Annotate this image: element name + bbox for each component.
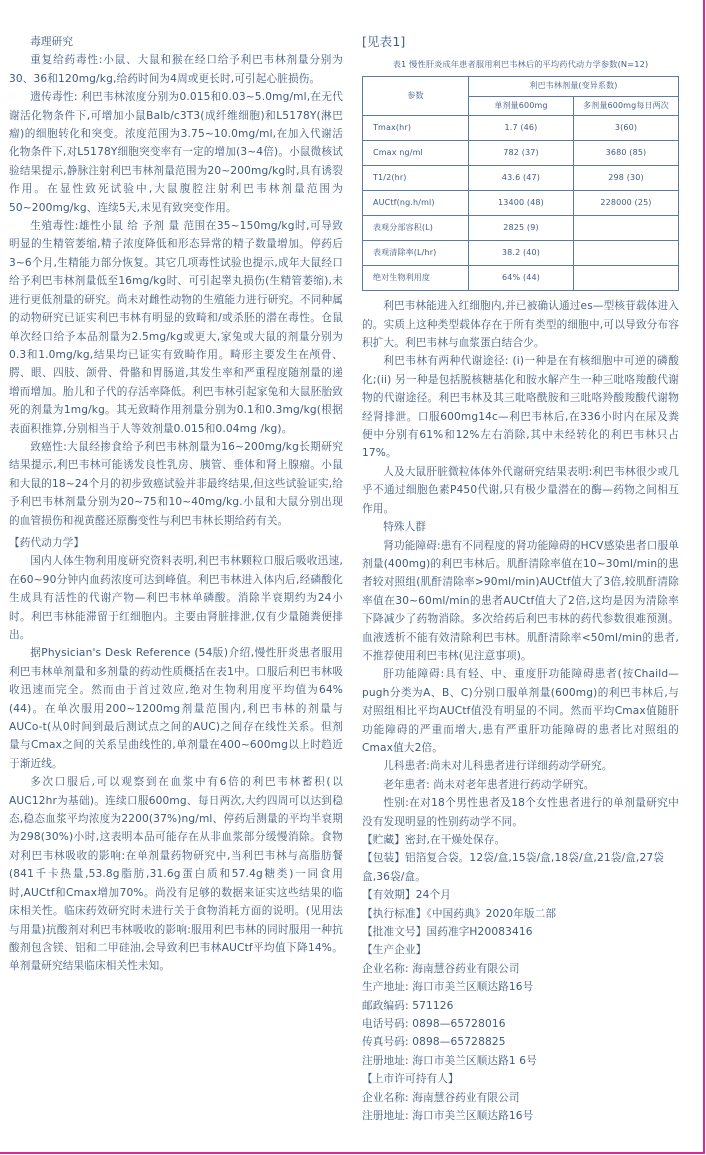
single-dose-cell: 13400 (48) [469,191,574,216]
package-line: 【包装】铝箔复合袋。12袋/盒,15袋/盒,18袋/盒,21袋/盒,27袋盒,3… [362,849,679,886]
right-column: [见表1] 表1 慢性肝炎成年患者服用利巴韦林后的平均药代动力学参数(N=12)… [362,33,679,1126]
param-cell: Tmax(hr) [363,116,469,141]
multi-dose-cell [574,241,679,266]
single-dose-cell: 38.2 (40) [469,241,574,266]
see-table-label: [见表1] [362,33,679,51]
table-row: 绝对生物利用度 64% (44) [363,266,679,291]
multi-dose-cell: 228000 (25) [574,191,679,216]
table-caption: 表1 慢性肝炎成年患者服用利巴韦林后的平均药代动力学参数(N=12) [362,55,679,73]
table-row: T1/2(hr) 43.6 (47) 298 (30) [363,166,679,191]
manufacturer-title: 【生产企业】 [362,941,679,959]
toxicology-title: 毒理研究 [9,33,343,51]
hepatic-impairment-paragraph: 肝功能障碍:具有轻、中、重度肝功能障碍患者(按Chaild—pugh分类为A、B… [362,665,679,757]
repeat-dose-toxicity-paragraph: 重复给药毒性:小鼠、大鼠和猴在经口给予利巴韦林剂量分别为30、36和120mg/… [9,51,343,88]
standard-line: 【执行标准】《中国药典》2020年版二部 [362,905,679,923]
postcode-line: 邮政编码: 571126 [362,997,679,1015]
table-row: 表观分部容积(L) 2825 (9) [363,216,679,241]
pk-paragraph-1: 国内人体生物利用度研究资料表明,利巴韦林颗粒口服后吸收迅速,在60~90分钟内血… [9,552,343,644]
holder-title: 【上市许可持有人】 [362,1070,679,1088]
distribution-paragraph: 利巴韦林能进入红细胞内,并已被确认通过es—型核苷载体进入的。实质上这种类型载体… [362,297,679,352]
param-cell: 绝对生物利用度 [363,266,469,291]
multi-dose-cell [574,266,679,291]
header-param: 参数 [363,77,469,116]
single-dose-cell: 43.6 (47) [469,166,574,191]
geriatric-paragraph: 老年患者: 尚未对老年患者进行药动学研究。 [362,776,679,794]
approval-number-line: 【批准文号】国药准字H20083416 [362,923,679,941]
left-column: 毒理研究 重复给药毒性:小鼠、大鼠和猴在经口给予利巴韦林剂量分别为30、36和1… [9,33,343,976]
param-cell: 表观分部容积(L) [363,216,469,241]
single-dose-cell: 1.7 (46) [469,116,574,141]
genetic-toxicity-paragraph: 遗传毒性: 利巴韦林浓度分别为0.015和0.03~5.0mg/ml,在无代谢活… [9,88,343,217]
holder-address: 注册地址: 海口市美兰区顺达路16号 [362,1107,679,1125]
header-single-dose: 单剂量600mg [469,96,574,115]
multi-dose-cell [574,216,679,241]
pk-paragraph-3: 多次口服后,可以观察到在血浆中有6倍的利巴韦林蓄积(以AUC12hr为基础)。连… [9,773,343,975]
manufacturer-name: 企业名称: 海南慧谷药业有限公司 [362,960,679,978]
pharmacokinetics-title: 【药代动力学】 [9,534,343,552]
fax-line: 传真号码: 0898—65728825 [362,1033,679,1051]
phone-line: 电话号码: 0898—65728016 [362,1015,679,1033]
single-dose-cell: 64% (44) [469,266,574,291]
holder-name: 企业名称: 海南慧谷药业有限公司 [362,1089,679,1107]
gender-paragraph: 性别:在对18个男性患者及18个女性患者进行的单剂量研究中没有发现明显的性别药动… [362,794,679,831]
storage-line: 【贮藏】密封,在干燥处保存。 [362,831,679,849]
renal-impairment-paragraph: 肾功能障碍:患有不同程度的肾功能障碍的HCV感染患者口服单剂量(400mg)的利… [362,537,679,666]
multi-dose-cell: 3680 (85) [574,141,679,166]
carcinogenicity-paragraph: 致癌性:大鼠经掺食给予利巴韦林剂量为16~200mg/kg长期研究结果提示,利巴… [9,438,343,530]
pk-paragraph-2: 据Physician's Desk Reference (54版)介绍,慢性肝炎… [9,644,343,773]
table-row: Tmax(hr) 1.7 (46) 3(60) [363,116,679,141]
microsome-paragraph: 人及大鼠肝脏微粒体体外代谢研究结果表明:利巴韦林很少或几乎不通过细胞色素P450… [362,463,679,518]
param-cell: T1/2(hr) [363,166,469,191]
single-dose-cell: 2825 (9) [469,216,574,241]
table-row: Cmax ng/ml 782 (37) 3680 (85) [363,141,679,166]
pediatric-paragraph: 儿科患者:尚未对儿科患者进行详细药动学研究。 [362,757,679,775]
multi-dose-cell: 298 (30) [574,166,679,191]
header-dose-group: 利巴韦林剂量(变异系数) [469,77,679,96]
header-multi-dose: 多剂量600mg每日两次 [574,96,679,115]
special-populations-title: 特殊人群 [362,518,679,536]
registered-address-line: 注册地址: 海口市美兰区顺达路1 6号 [362,1052,679,1070]
table-row: AUCtf(ng.h/ml) 13400 (48) 228000 (25) [363,191,679,216]
pk-parameters-table: 参数 利巴韦林剂量(变异系数) 单剂量600mg 多剂量600mg每日两次 Tm… [362,76,679,291]
metabolism-paragraph: 利巴韦林有两种代谢途径: (i)一种是在有核细胞中可逆的磷酸化;(ii) 另一种… [362,352,679,462]
multi-dose-cell: 3(60) [574,116,679,141]
validity-line: 【有效期】24个月 [362,886,679,904]
param-cell: AUCtf(ng.h/ml) [363,191,469,216]
table-row: 表观清除率(L/hr) 38.2 (40) [363,241,679,266]
param-cell: 表观清除率(L/hr) [363,241,469,266]
reproductive-toxicity-paragraph: 生殖毒性:雄性小鼠 给 予剂 量 范围在35~150mg/kg时,可导致明显的生… [9,217,343,438]
manufacturer-address: 生产地址: 海口市美兰区顺达路16号 [362,978,679,996]
param-cell: Cmax ng/ml [363,141,469,166]
product-info-section: 【贮藏】密封,在干燥处保存。 【包装】铝箔复合袋。12袋/盒,15袋/盒,18袋… [362,831,679,1126]
single-dose-cell: 782 (37) [469,141,574,166]
